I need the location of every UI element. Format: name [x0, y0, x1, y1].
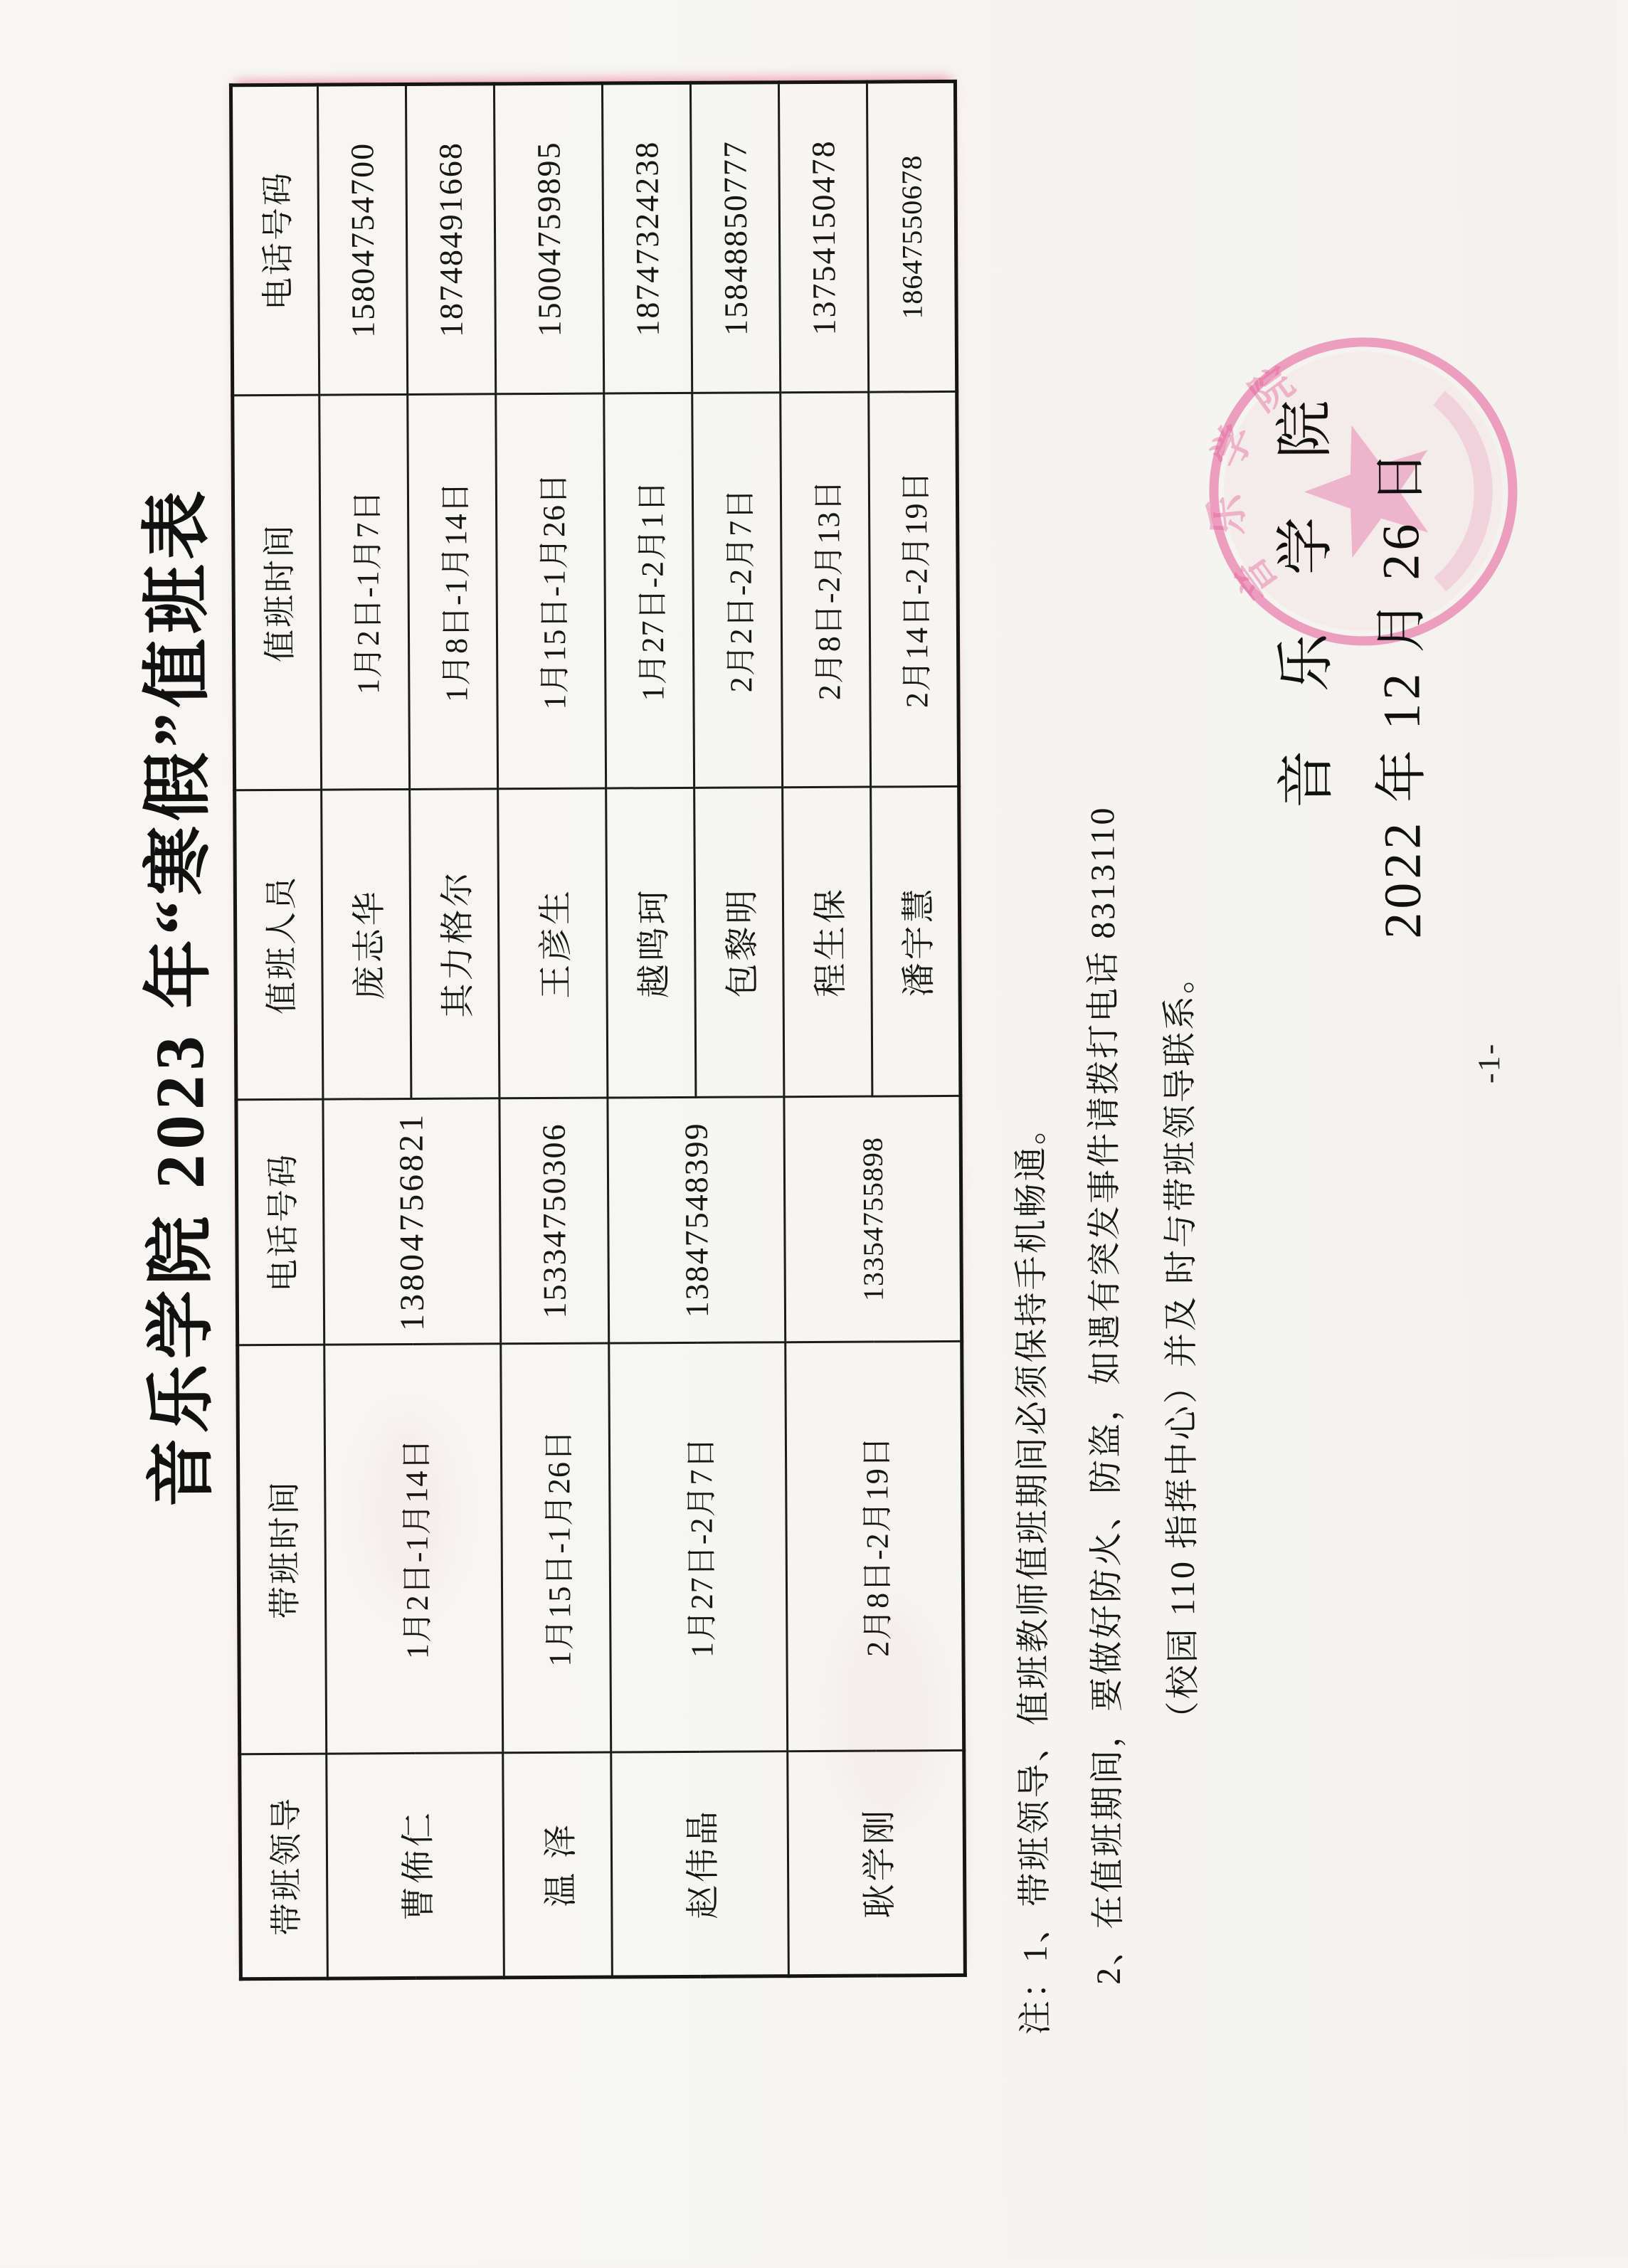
duty-roster-table: 带班领导 带班时间 电话号码 值班人员 值班时间 电话号码 曹佈仁 1月2日-1… [229, 80, 967, 1981]
header-staff: 值班人员 [235, 790, 323, 1100]
staff-phone: 15848850777 [690, 83, 780, 393]
staff-name: 王彦生 [498, 788, 608, 1098]
table-row: 温 泽 1月15日-1月26日 15334750306 王彦生 1月15日-1月… [494, 83, 612, 1978]
header-leader-phone: 电话号码 [236, 1099, 324, 1345]
seal-lower-arc [1439, 398, 1484, 584]
table-header-row: 带班领导 带班时间 电话号码 值班人员 值班时间 电话号码 [231, 85, 327, 1979]
scanned-document-photo: { "title": "音乐学院 2023 年“寒假”值班表", "table"… [0, 0, 1628, 2268]
leader-time: 1月2日-1月14日 [324, 1344, 503, 1754]
leader-phone: 13804756821 [323, 1098, 501, 1345]
leader-name: 温 泽 [503, 1752, 613, 1978]
leader-time: 1月27日-2月7日 [609, 1342, 788, 1752]
staff-name: 其力格尔 [410, 789, 499, 1099]
document-sheet: 音乐学院 2023 年“寒假”值班表 带班领导 带班时间 电话号码 值班人员 值… [0, 0, 1628, 2267]
leader-time: 1月15日-1月26日 [501, 1343, 611, 1753]
staff-phone: 18747324238 [602, 83, 692, 393]
page-title: 音乐学院 2023 年“寒假”值班表 [117, 0, 228, 2131]
header-leader: 带班领导 [240, 1754, 328, 1979]
page-number: -1- [1471, 1043, 1507, 1084]
note-line: 注：1、带班领导、值班教师值班期间必须保持手机畅通。 [1001, 740, 1057, 2035]
table-row: 曹佈仁 1月2日-1月14日 13804756821 庞志华 1月2日-1月7日… [317, 84, 416, 1978]
staff-time: 2月14日-2月19日 [869, 391, 959, 787]
photo-viewport: 音乐学院 2023 年“寒假”值班表 带班领导 带班时间 电话号码 值班人员 值… [0, 0, 1628, 2268]
staff-name: 庞志华 [322, 789, 411, 1099]
leader-phone: 13354755898 [784, 1096, 962, 1342]
header-staff-time: 值班时间 [233, 395, 322, 790]
leader-name: 赵伟晶 [611, 1752, 789, 1977]
staff-time: 1月8日-1月14日 [408, 394, 498, 790]
staff-phone: 13754150478 [778, 82, 868, 393]
staff-time: 2月8日-2月13日 [781, 392, 871, 788]
note-line: （校园 110 指挥中心）并及 时与带班领导联系。 [1151, 739, 1207, 2034]
table-row: 赵伟晶 1月27日-2月7日 13847548399 越鸣珂 1月27日-2月1… [602, 83, 700, 1977]
staff-phone: 18647550678 [867, 81, 956, 392]
staff-name: 潘宇慧 [871, 786, 961, 1096]
staff-time: 2月2日-2月7日 [692, 393, 783, 788]
notes-block: 注：1、带班领导、值班教师值班期间必须保持手机畅通。 2、在值班期间，要做好防火… [1001, 739, 1207, 2035]
leader-time: 2月8日-2月19日 [786, 1341, 964, 1751]
staff-time: 1月27日-2月1日 [604, 393, 694, 788]
staff-time: 1月15日-1月26日 [496, 393, 606, 789]
header-staff-phone: 电话号码 [231, 85, 319, 396]
note-line: 2、在值班期间，要做好防火、防盗，如遇有突发事件请拨打电话 8313110 [1074, 740, 1131, 2035]
signature-organization: 音乐学院 [1258, 341, 1343, 809]
staff-name: 包黎明 [694, 788, 784, 1098]
table-row: 耿学刚 2月8日-2月19日 13354755898 程生保 2月8日-2月13… [778, 82, 877, 1976]
staff-phone: 18748491668 [406, 84, 495, 395]
staff-name: 程生保 [783, 787, 872, 1097]
staff-phone: 15004759895 [494, 83, 603, 394]
staff-time: 1月2日-1月7日 [319, 394, 410, 790]
header-leader-time: 带班时间 [238, 1345, 327, 1754]
leader-name: 曹佈仁 [327, 1753, 504, 1978]
signature-date: 2022 年 12 月 26 日 [1358, 447, 1437, 939]
leader-phone: 13847548399 [608, 1097, 786, 1343]
leader-name: 耿学刚 [788, 1750, 966, 1976]
staff-name: 越鸣珂 [606, 788, 696, 1098]
leader-phone: 15334750306 [499, 1098, 609, 1344]
staff-phone: 15804754700 [317, 84, 407, 395]
